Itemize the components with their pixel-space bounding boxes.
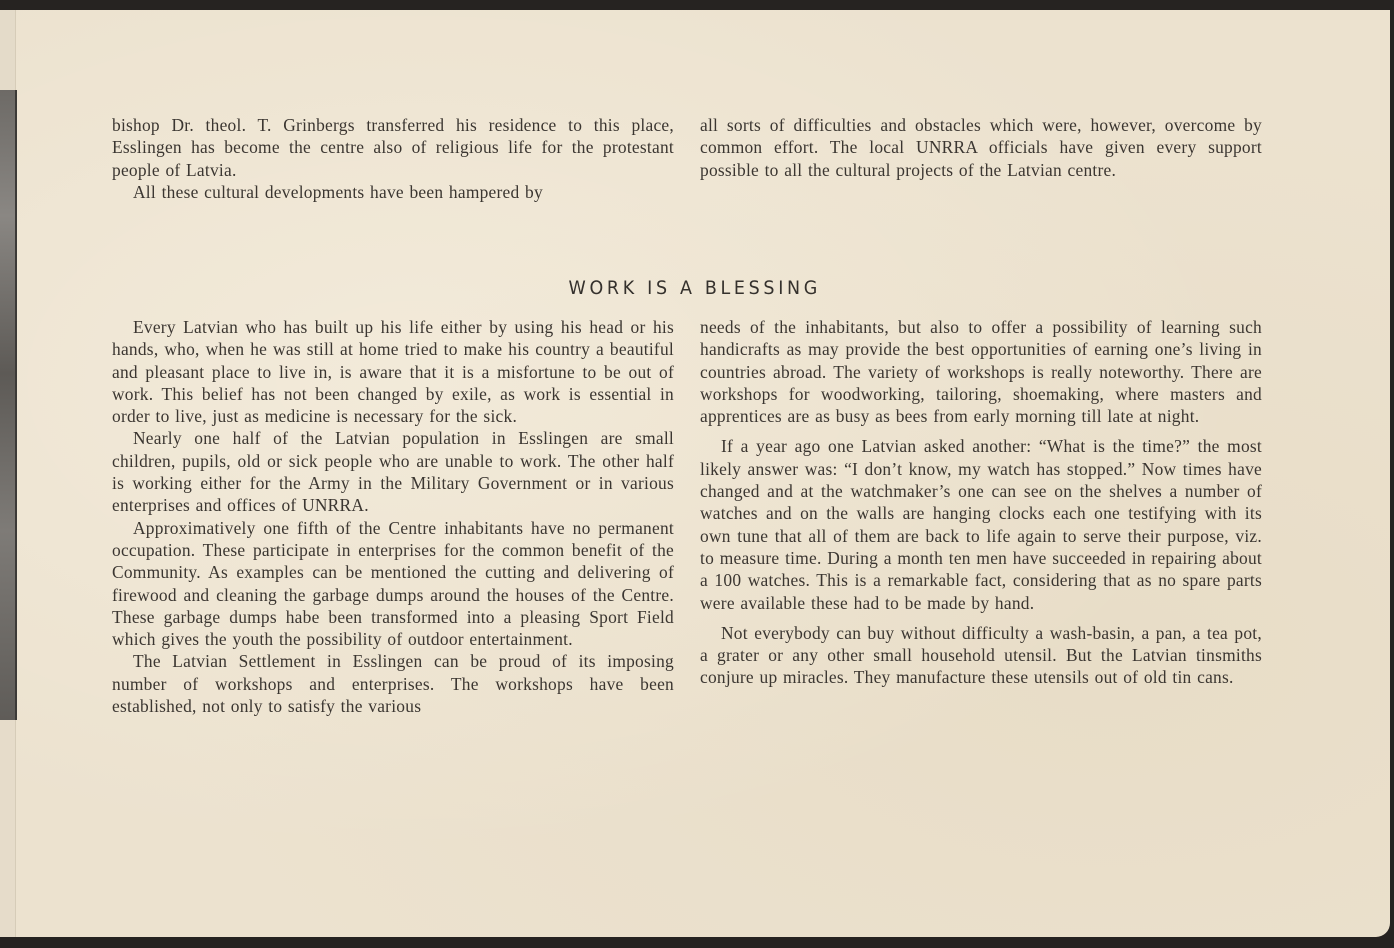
paragraph: The Latvian Settlement in Esslingen can … <box>112 650 674 717</box>
top-left-column: bishop Dr. theol. T. Grinbergs transferr… <box>112 114 674 203</box>
paragraph: If a year ago one Latvian asked another:… <box>700 435 1262 613</box>
scanned-page-frame: bishop Dr. theol. T. Grinbergs transferr… <box>0 0 1394 948</box>
paragraph: Not everybody can buy without difficulty… <box>700 622 1262 689</box>
paragraph: All these cultural developments have bee… <box>112 181 674 203</box>
section-heading: WORK IS A BLESSING <box>55 277 1334 299</box>
facing-page-photo-edge <box>0 90 17 720</box>
spine-edge-top <box>0 10 16 90</box>
paragraph: bishop Dr. theol. T. Grinbergs transferr… <box>112 114 674 181</box>
paragraph: needs of the inhabitants, but also to of… <box>700 316 1262 427</box>
spine-edge-bottom <box>0 720 16 937</box>
top-right-column: all sorts of difficulties and obstacles … <box>700 114 1262 181</box>
paragraph: Nearly one half of the Latvian populatio… <box>112 427 674 516</box>
main-left-column: Every Latvian who has built up his life … <box>112 316 674 717</box>
paragraph: Approximatively one fifth of the Centre … <box>112 517 674 651</box>
main-right-column: needs of the inhabitants, but also to of… <box>700 316 1262 689</box>
paragraph: all sorts of difficulties and obstacles … <box>700 114 1262 181</box>
paragraph: Every Latvian who has built up his life … <box>112 316 674 427</box>
